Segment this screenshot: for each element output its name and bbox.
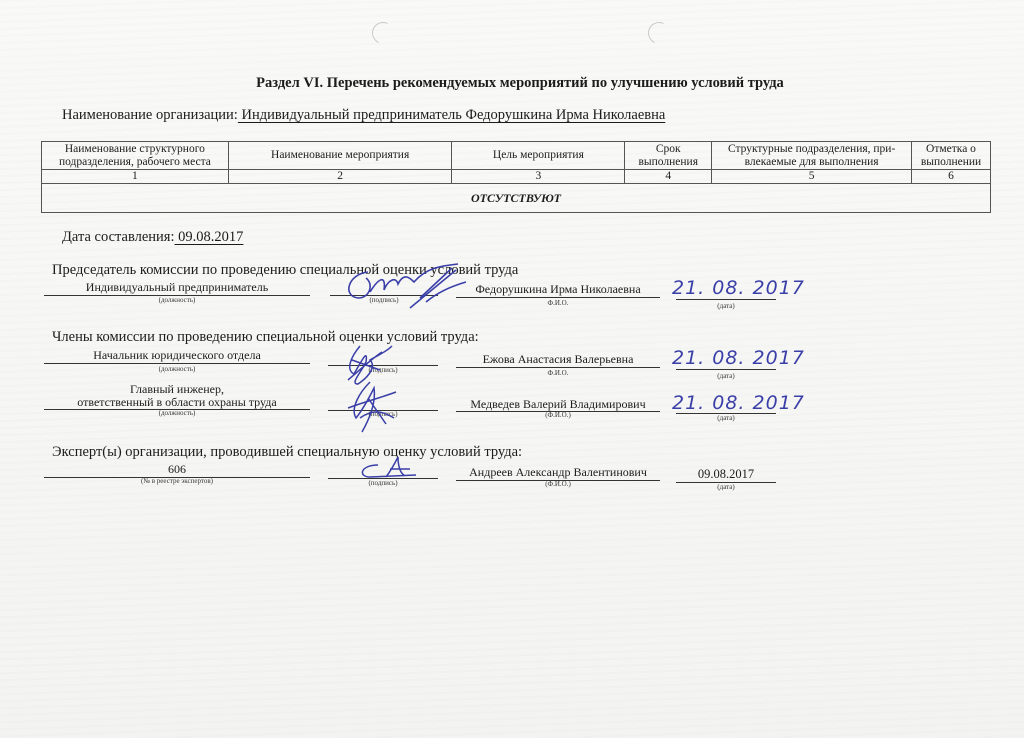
members-heading: Члены комиссии по проведению специальной… [52,329,479,346]
table-row: ОТСУТСТВУЮТ [42,184,991,213]
date-caption: (дата) [676,414,776,422]
date-caption: (дата) [676,302,776,310]
experts-heading: Эксперт(ы) организации, проводившей спец… [52,444,522,461]
compilation-date-value: 09.08.2017 [175,229,244,245]
column-header: Наименование мероприятия [228,142,452,170]
column-header: Наименование структурного подразделения,… [42,142,229,170]
name-caption: Ф.И.О. [456,369,660,377]
member-position: Начальник юридического отдела [44,348,310,363]
position-caption: (должность) [44,296,310,304]
column-header: Цель мероприятия [452,142,625,170]
expert-name: Андреев Александр Валентинович [456,465,660,480]
date-line [676,369,776,370]
name-caption: Ф.И.О. [456,299,660,307]
chairman-position: Индивидуальный предприниматель [44,280,310,295]
member-name: Ежова Анастасия Валерьевна [456,352,660,367]
organization-value: Индивидуальный предприниматель Федорушки… [238,107,665,123]
member-signature [340,378,410,436]
measures-table: Наименование структурного подразделения,… [41,141,991,213]
chairman-date-handwritten: 21. 08. 2017 [672,277,805,299]
compilation-date-label: Дата составления: [62,229,175,245]
organization-line: Наименование организации: Индивидуальный… [62,107,665,124]
expert-signature [356,455,426,481]
compilation-date-line: Дата составления: 09.08.2017 [62,229,243,246]
table-header-row: Наименование структурного подразделения,… [42,142,991,170]
column-header: Срок выполнения [625,142,712,170]
column-number: 6 [912,170,991,184]
name-line [456,367,660,368]
name-line [456,297,660,298]
column-header: Отметка о выполнении [912,142,991,170]
column-number: 2 [228,170,452,184]
position-caption: (должность) [44,409,310,417]
member-date-handwritten: 21. 08. 2017 [672,347,805,369]
member-name: Медведев Валерий Владимирович [456,397,660,412]
name-caption: (Ф.И.О.) [456,480,660,488]
position-caption: (должность) [44,365,310,373]
position-line [44,363,310,364]
column-number: 4 [625,170,712,184]
column-number: 1 [42,170,229,184]
column-number: 3 [452,170,625,184]
column-number: 5 [712,170,912,184]
empty-table-notice: ОТСУТСТВУЮТ [42,184,991,213]
date-line [676,299,776,300]
chairman-signature [340,262,480,312]
column-header: Структурные подразделения, при-влекаемые… [712,142,912,170]
page-title: Раздел VI. Перечень рекомендуемых меропр… [0,75,1024,92]
expert-registry-number: 606 [44,462,310,477]
chairman-name: Федорушкина Ирма Николаевна [456,282,660,297]
date-caption: (дата) [676,372,776,380]
member-position-line2: ответственный в области охраны труда [44,395,310,410]
member-date-handwritten: 21. 08. 2017 [672,392,805,414]
column-number-row: 1 2 3 4 5 6 [42,170,991,184]
expert-date: 09.08.2017 [676,467,776,482]
date-caption: (дата) [676,483,776,491]
name-caption: (Ф.И.О.) [456,411,660,419]
registry-caption: (№ в реестре экспертов) [44,477,310,485]
organization-label: Наименование организации: [62,107,238,123]
